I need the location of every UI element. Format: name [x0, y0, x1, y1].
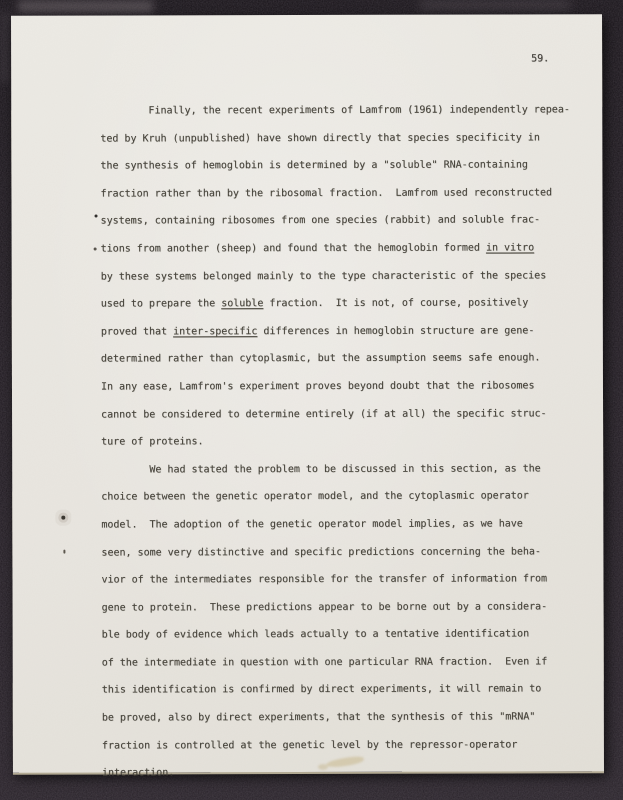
text-line: systems, containing ribosomes from one s…: [101, 207, 593, 236]
text-line: ture of proteins.: [101, 427, 593, 456]
text-line: In any ease, Lamfrom's experiment proves…: [101, 372, 593, 401]
text-segment: fraction rather than by the ribosomal fr…: [100, 187, 552, 199]
text-segment: proved that: [101, 326, 173, 337]
text-segment: We had stated the problem to be discusse…: [101, 463, 541, 475]
underlined-text: soluble: [221, 298, 263, 309]
ink-speck: [94, 248, 97, 251]
text-line: the synthesis of hemoglobin is determine…: [100, 151, 592, 180]
document-page: 59. Finally, the recent experiments of L…: [11, 14, 604, 773]
text-line: choice between the genetic operator mode…: [101, 483, 593, 512]
text-segment: differences in hemoglobin structure are …: [257, 325, 534, 337]
text-segment: choice between the genetic operator mode…: [101, 491, 528, 503]
text-line: of the intermediate in question with one…: [102, 648, 594, 677]
text-segment: In any ease, Lamfrom's experiment proves…: [101, 380, 535, 392]
text-line: proved that inter-specific differences i…: [101, 317, 593, 346]
text-line: seen, some very distinctive and specific…: [101, 538, 593, 567]
text-segment: vior of the intermediates responsible fo…: [101, 573, 547, 585]
text-segment: ture of proteins.: [101, 436, 203, 447]
scanned-document-background: 59. Finally, the recent experiments of L…: [0, 0, 623, 800]
text-segment: gene to protein. These predictions appea…: [102, 601, 548, 613]
underlined-text: in vitro: [486, 242, 534, 253]
text-segment: be proved, also by direct experiments, t…: [102, 711, 536, 723]
text-line: ted by Kruh (unpublished) have shown dir…: [100, 124, 592, 153]
text-line: determined rather than cytoplasmic, but …: [101, 345, 593, 374]
paragraph: Finally, the recent experiments of Lamfr…: [100, 96, 593, 456]
text-segment: of the intermediate in question with one…: [102, 656, 548, 668]
underlined-text: inter-specific: [173, 326, 257, 337]
text-line: Finally, the recent experiments of Lamfr…: [100, 96, 592, 125]
text-segment: fraction is controlled at the genetic le…: [102, 739, 517, 751]
text-segment: seen, some very distinctive and specific…: [101, 546, 541, 558]
text-segment: by these systems belonged mainly to the …: [101, 270, 547, 282]
text-line: this identification is confirmed by dire…: [102, 676, 594, 705]
text-line: be proved, also by direct experiments, t…: [102, 703, 594, 732]
text-segment: fraction. It is not, of course, positive…: [263, 298, 528, 310]
paragraph: We had stated the problem to be discusse…: [101, 455, 594, 787]
text-line: We had stated the problem to be discusse…: [101, 455, 593, 484]
text-segment: determined rather than cytoplasmic, but …: [101, 353, 541, 365]
text-line: vior of the intermediates responsible fo…: [101, 565, 593, 594]
text-line: interaction.: [102, 759, 594, 788]
text-line: model. The adoption of the genetic opera…: [101, 510, 593, 539]
text-segment: interaction.: [102, 768, 174, 779]
text-segment: tions from another (sheep) and found tha…: [101, 243, 486, 255]
page-number: 59.: [531, 53, 549, 65]
ink-speck: [63, 550, 65, 554]
text-line: ble body of evidence which leads actuall…: [102, 621, 594, 650]
text-line: used to prepare the soluble fraction. It…: [101, 289, 593, 318]
text-segment: this identification is confirmed by dire…: [102, 684, 542, 696]
text-line: by these systems belonged mainly to the …: [101, 262, 593, 291]
text-line: fraction is controlled at the genetic le…: [102, 731, 594, 760]
text-segment: cannot be considered to determine entire…: [101, 408, 547, 420]
text-line: tions from another (sheep) and found tha…: [101, 234, 593, 263]
text-segment: the synthesis of hemoglobin is determine…: [100, 160, 527, 172]
text-segment: systems, containing ribosomes from one s…: [101, 215, 541, 227]
text-segment: Finally, the recent experiments of Lamfr…: [100, 104, 570, 116]
text-segment: ble body of evidence which leads actuall…: [102, 629, 529, 641]
text-segment: ted by Kruh (unpublished) have shown dir…: [100, 132, 540, 144]
text-segment: model. The adoption of the genetic opera…: [101, 518, 522, 530]
text-line: fraction rather than by the ribosomal fr…: [100, 179, 592, 208]
ink-speck: [61, 516, 65, 520]
text-segment: used to prepare the: [101, 298, 221, 309]
text-line: cannot be considered to determine entire…: [101, 400, 593, 429]
ink-speck: [95, 215, 98, 218]
text-line: gene to protein. These predictions appea…: [102, 593, 594, 622]
text-block: Finally, the recent experiments of Lamfr…: [100, 96, 594, 787]
